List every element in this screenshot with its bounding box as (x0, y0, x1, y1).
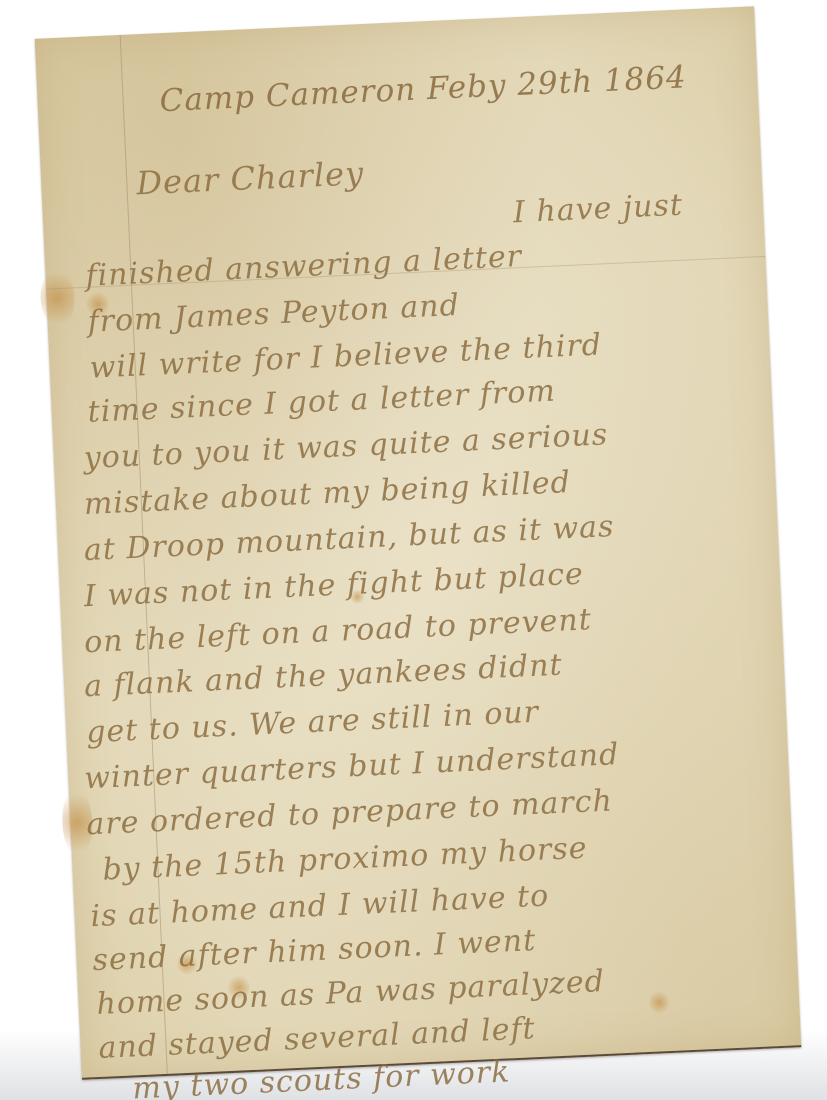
letter-line: finished answering a letter (85, 239, 523, 294)
letter-salutation: Dear Charley (136, 154, 365, 202)
letter-sheet: Camp Cameron Feby 29th 1864 Dear Charley… (35, 6, 802, 1080)
foxing-stain (649, 991, 670, 1014)
foxing-stain (39, 267, 76, 328)
letter-line: from James Peyton and (87, 288, 461, 340)
letter-header: Camp Cameron Feby 29th 1864 (159, 59, 688, 119)
letter-line: get to us. We are still in our (85, 695, 539, 751)
letter-line: I have just (512, 188, 683, 231)
